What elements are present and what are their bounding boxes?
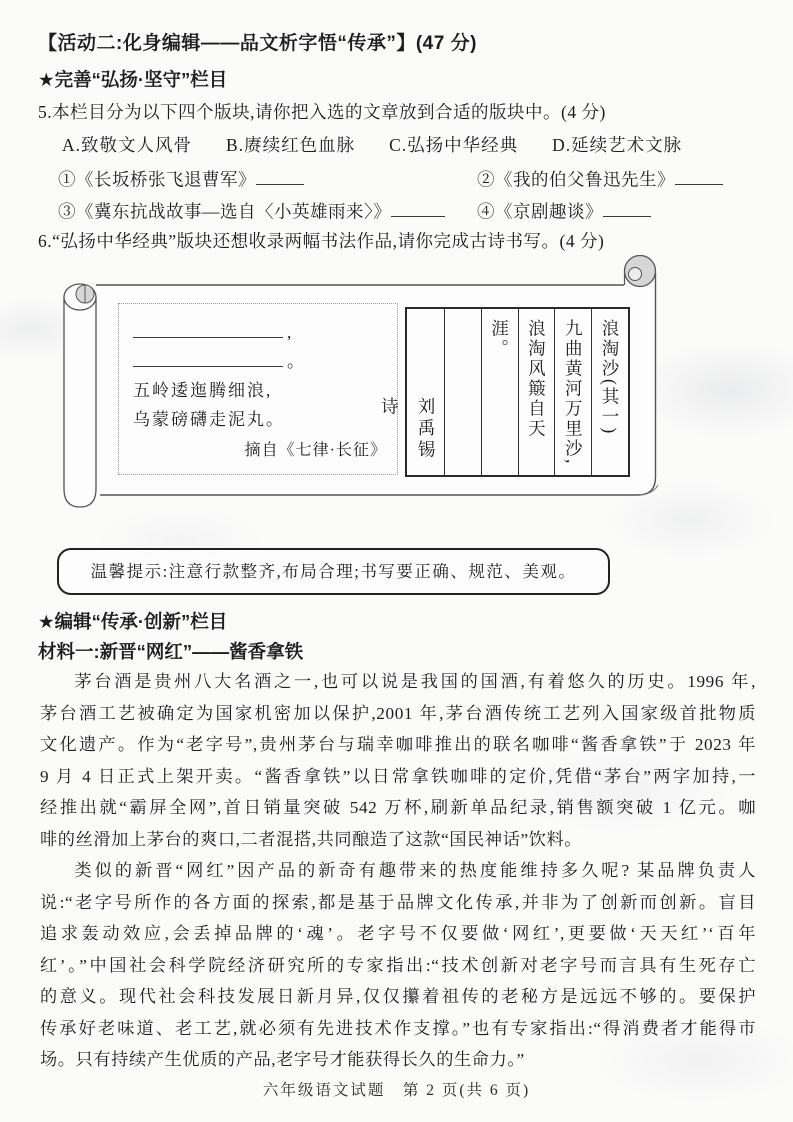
q5-item-4-label: ④《京剧趣谈》 <box>477 201 603 221</box>
q5-item-2: ②《我的伯父鲁迅先生》 <box>477 166 723 191</box>
q5-item-3-blank <box>391 198 445 217</box>
q5-item-1: ①《长坂桥张飞退曹军》 <box>58 166 304 191</box>
poem-blank-line-1: , <box>133 318 387 347</box>
q5-item-1-label: ①《长坂桥张飞退曹军》 <box>58 169 256 189</box>
paragraph-line: 茅台酒工艺被确定为国家机密加以保护,2001 年,茅台酒传统工艺列入国家级首批物… <box>40 698 756 730</box>
poem-fill-box: , 。 五岭逶迤腾细浪, 乌蒙磅礴走泥丸。 摘自《七律·长征》 <box>118 303 398 475</box>
q5-option-a: A.致敬文人风骨 <box>62 132 192 157</box>
paragraph-line: 9 月 4 日正式上架开卖。“酱香拿铁”以日常拿铁咖啡的定价,凭借“茅台”两字加… <box>40 761 756 793</box>
table-col-poem-title: 浪淘沙(其一) <box>591 309 628 475</box>
poem-blank-line-2: 。 <box>133 347 387 376</box>
paragraph-line: 传承好老味道、老工艺,就必须有先进技术作支撑。”也有专家指出:“得消费者才能得市 <box>40 1013 756 1045</box>
q5-item-4-blank <box>603 198 651 217</box>
table-col-verse-2: 浪淘风簸自天涯。 <box>518 309 555 475</box>
poem-blank-2 <box>133 348 283 367</box>
poem-blank-2-punct: 。 <box>287 352 306 371</box>
q5-item-2-blank <box>675 166 723 185</box>
exam-page: { "colors": {"ink": "#1d1d1f", "paper": … <box>0 0 793 1122</box>
poem-verse-1: 五岭逶迤腾细浪, <box>133 376 387 405</box>
q5-item-3-label: ③《冀东抗战故事—选自〈小英雄雨来〉》 <box>58 201 391 221</box>
paragraph-line: 文化遗产。作为“老字号”,贵州茅台与瑞幸咖啡推出的联名咖啡“酱香拿铁”于 202… <box>40 729 756 761</box>
q5-item-4: ④《京剧趣谈》 <box>477 198 651 223</box>
paragraph-line: 经推出就“霸屏全网”,首日销量突破 542 万杯,刷新单品纪录,销售额突破 1 … <box>40 792 756 824</box>
page-footer: 六年级语文试题 第 2 页(共 6 页) <box>0 1078 793 1100</box>
paragraph-line: 类似的新晋“网红”因产品的新奇有趣带来的热度能维持多久呢? 某品牌负责人 <box>40 855 756 887</box>
material1-text: 茅台酒是贵州八大名酒之一,也可以说是我国的国酒,有着悠久的历史。1996 年, … <box>40 666 756 1076</box>
paragraph-line: 追求轰动效应,会丢掉品牌的‘魂’。老字号不仅要做‘网红’,更要做‘天天红’‘百年 <box>40 918 756 950</box>
q5-options: A.致敬文人风骨 B.赓续红色血脉 C.弘扬中华经典 D.延续艺术文脉 <box>62 132 762 157</box>
calligraphy-table: 浪淘沙(其一) 九曲黄河万里沙, 浪淘风簸自天涯。 刘禹锡诗 <box>405 307 630 477</box>
section2-title: ★编辑“传承·创新”栏目 <box>38 608 227 634</box>
poem-verse-2: 乌蒙磅礴走泥丸。 <box>133 405 387 434</box>
q6-stem: 6.“弘扬中华经典”版块还想收录两幅书法作品,请你完成古诗书写。(4 分) <box>38 228 768 253</box>
q5-option-c: C.弘扬中华经典 <box>389 132 518 157</box>
scroll-graphic: , 。 五岭逶迤腾细浪, 乌蒙磅礴走泥丸。 摘自《七律·长征》 浪淘沙(其一) … <box>52 255 677 543</box>
paragraph-line: 红’。”中国社会科学院经济研究所的专家指出:“技术创新对老字号而言具有生死存亡 <box>40 950 756 982</box>
paragraph-line: 茅台酒是贵州八大名酒之一,也可以说是我国的国酒,有着悠久的历史。1996 年, <box>40 666 756 698</box>
q5-item-2-label: ②《我的伯父鲁迅先生》 <box>477 169 675 189</box>
q5-option-b: B.赓续红色血脉 <box>226 132 355 157</box>
poem-source: 摘自《七律·长征》 <box>133 437 387 460</box>
q5-item-1-blank <box>256 166 304 185</box>
table-col-empty-2 <box>444 309 481 475</box>
poem-blank-1 <box>133 319 283 338</box>
paragraph-line: 场。只有持续产生优质的产品,老字号才能获得长久的生命力。” <box>40 1044 756 1076</box>
paragraph-line: 的意义。现代社会科技发展日新月异,仅仅攥着祖传的老秘方是远远不够的。要保护 <box>40 981 756 1013</box>
activity-title: 【活动二:化身编辑——品文析字悟“传承”】(47 分) <box>38 30 768 58</box>
material1-title: 材料一:新晋“网红”——酱香拿铁 <box>38 638 303 664</box>
q5-stem: 5.本栏目分为以下四个版块,请你把入选的文章放到合适的版块中。(4 分) <box>38 99 768 124</box>
paragraph-line: 啡的丝滑加上茅台的爽口,二者混搭,共同酿造了这款“国民神话”饮料。 <box>40 824 756 856</box>
tip-text: 温馨提示:注意行款整齐,布局合理;书写要正确、规范、美观。 <box>91 562 577 581</box>
table-col-author: 刘禹锡诗 <box>407 309 444 475</box>
table-col-verse-1: 九曲黄河万里沙, <box>554 309 591 475</box>
poem-blank-1-punct: , <box>287 323 293 342</box>
q5-item-3: ③《冀东抗战故事—选自〈小英雄雨来〉》 <box>58 198 445 223</box>
tip-box: 温馨提示:注意行款整齐,布局合理;书写要正确、规范、美观。 <box>57 548 610 595</box>
q5-option-d: D.延续艺术文脉 <box>552 132 682 157</box>
paragraph-line: 说:“老字号所作的各方面的探索,都是基于品牌文化传承,并非为了创新而创新。盲目 <box>40 887 756 919</box>
section1-title: ★完善“弘扬·坚守”栏目 <box>38 66 227 92</box>
